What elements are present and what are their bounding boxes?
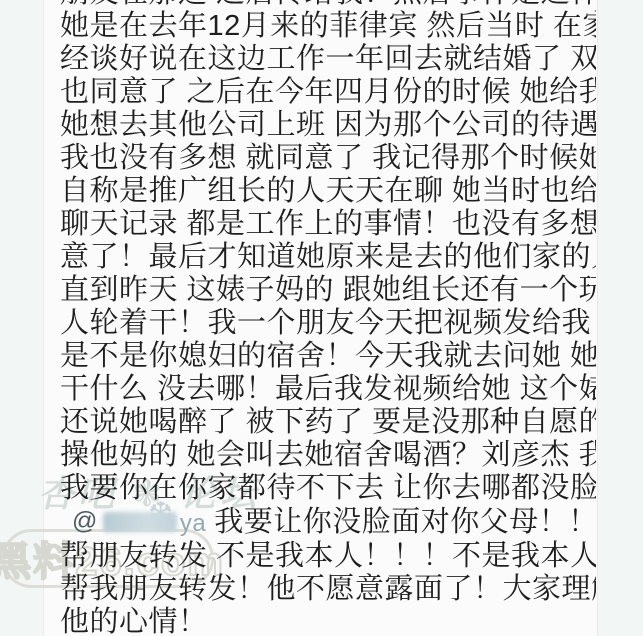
text-line: 他的心情！ [60,606,592,636]
text-line: 我也没有多想 就同意了 我记得那个时候她跟一个 [60,142,592,175]
text-line: 是不是你媳妇的宿舍！今天我就去问她 她还说没 [60,340,592,373]
text-line: 朋友在那边 之后传给我！然后事件是这样的 我跟 [60,0,592,10]
text-line: 自称是推广组长的人天天在聊 她当时也给我看了 [60,175,592,208]
right-margin-strip [597,0,643,636]
mention-line: @ya我要让你没脸面对你父母！！！！ [60,505,592,540]
text-line: 帮朋友转发 不是我本人！！！不是我本人！只是 [60,540,592,573]
text-line: 人轮着干！我一个朋友今天把视频发给我 说这个 [60,307,592,340]
text-line: 我要你在你家都待不下去 让你去哪都没脸！ [60,472,592,505]
text-line: 她是在去年12月来的菲律宾 然后当时 在家里 已 [60,10,592,43]
post-body: 朋友在那边 之后传给我！然后事件是这样的 我跟 她是在去年12月来的菲律宾 然后… [45,0,596,636]
text-line: 聊天记录 都是工作上的事情！也没有多想后就同 [60,208,592,241]
text-line: 干什么 没去哪！最后我发视频给她 这个婊子吗的 [60,373,592,406]
post-text-block: 朋友在那边 之后传给我！然后事件是这样的 我跟 她是在去年12月来的菲律宾 然后… [60,0,592,636]
mention-line-text: 我要让你没脸面对你父母！！！！ [214,506,596,538]
text-line: 经谈好说在这边工作一年回去就结婚了 双方父母 [60,43,592,76]
text-line: 操他妈的 她会叫去她宿舍喝酒？刘彦杰 我告诉你 [60,439,592,472]
censored-username-blur [103,512,177,532]
text-line: 直到昨天 这婊子妈的 跟她组长还有一个玩三P 被 [60,274,592,307]
at-sign-icon: @ [72,507,98,535]
mention-username-suffix: ya [180,510,206,537]
text-line: 也同意了 之后在今年四月份的时候 她给我提出 [60,76,592,109]
post-screenshot-page: 杏吧 ❃ 论坛 ❆ 黑料26.com 朋友在那边 之后传给我！然后事件是这样的 … [0,0,643,636]
text-line: 还说她喝醉了 被下药了 要是没那种自愿的想法 [60,406,592,439]
text-line: 意了！最后才知道她原来是去的他们家的人事！ [60,241,592,274]
text-line: 帮我朋友转发！他不愿意露面了！大家理解一下 [60,573,592,606]
text-line: 她想去其他公司上班 因为那个公司的待遇好 当时 [60,109,592,142]
